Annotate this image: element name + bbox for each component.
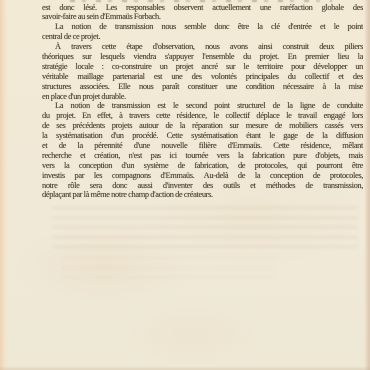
text-line: déplaçant par là même notre champ d'acti… (42, 190, 363, 200)
text-line: en place d'un projet durable. (42, 92, 363, 102)
text-line: de ses précédents projets autour de la r… (42, 121, 363, 131)
page-left-binding-edge (0, 0, 8, 370)
text-line: la systématisation d'un procédé. Cette s… (42, 131, 363, 141)
text-line: La notion de transmission est le second … (42, 101, 363, 111)
text-line: structures associées. Elle nous paraît c… (42, 82, 363, 92)
page-right-edge-shadow (364, 0, 370, 370)
text-line: véritable maillage partenarial est une d… (42, 72, 363, 82)
text-line: est donc lésé. Les responsables observen… (42, 3, 363, 13)
scanned-book-page: est donc lésé. Les responsables observen… (0, 0, 370, 370)
show-through-ghost-text (52, 206, 358, 252)
text-line: investis par les compagnons d'Emmaüs. Au… (42, 171, 363, 181)
text-line: vers la conception d'un système de fabri… (42, 161, 363, 171)
text-line: À travers cette étape d'observation, nou… (42, 42, 363, 52)
show-through-ghost-text (62, 256, 274, 284)
text-line: recherche et création, n'est pas ici tou… (42, 151, 363, 161)
text-line: notre rôle sera donc aussi d'inventer de… (42, 181, 363, 191)
text-line: et de la pérennité d'une nouvelle filièr… (42, 141, 363, 151)
text-line: La notion de transmission nous semble do… (42, 22, 363, 32)
body-text: est donc lésé. Les responsables observen… (42, 3, 363, 201)
text-line: théoriques sur lesquels viendra s'appuye… (42, 52, 363, 62)
text-line: stratégie locale : co-construire un proj… (42, 62, 363, 72)
page-bottom-edge-shadow (0, 366, 370, 370)
text-line: central de ce projet. (42, 32, 363, 42)
text-line: du projet. En effet, à travers cette rés… (42, 111, 363, 121)
text-line: savoir-faire au sein d'Emmaüs Forbach. (42, 12, 363, 22)
